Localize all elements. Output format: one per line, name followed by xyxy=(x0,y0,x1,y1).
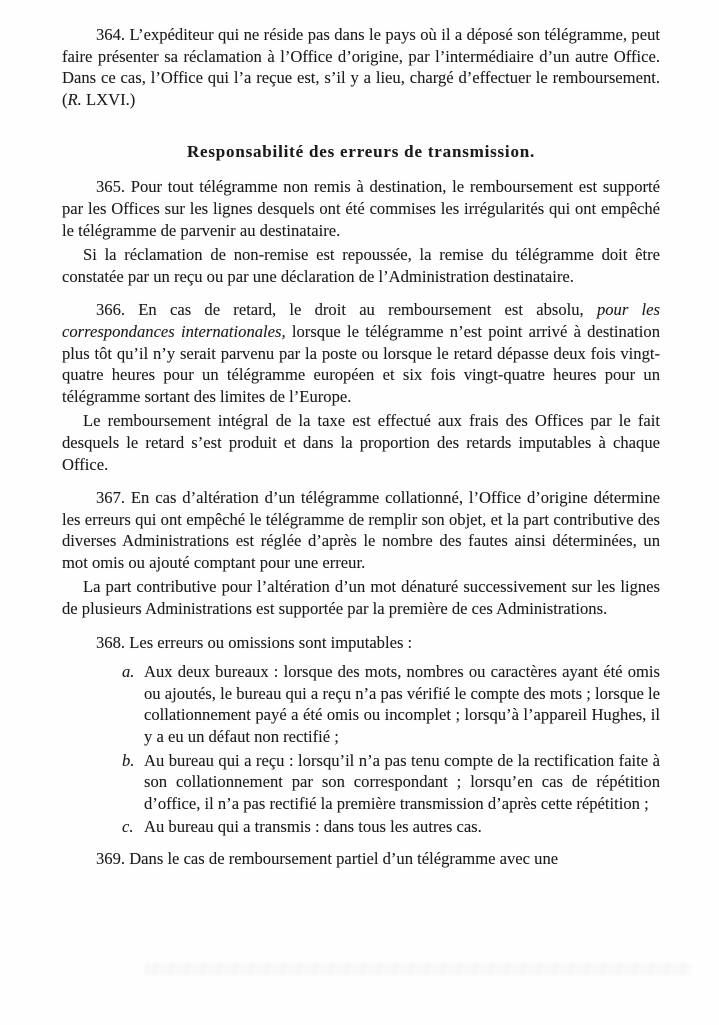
list-item-b-text: Au bureau qui a reçu : lorsqu’il n’a pas… xyxy=(144,751,660,813)
list-item-c-text: Au bureau qui a transmis : dans tous les… xyxy=(144,817,482,836)
paragraph-366-text-start: 366. En cas de retard, le droit au rembo… xyxy=(96,300,597,319)
list-item-c-marker: c. xyxy=(122,816,134,838)
paragraph-365-continuation: Si la réclamation de non-remise est repo… xyxy=(62,244,660,287)
paragraph-369: 369. Dans le cas de remboursement partie… xyxy=(62,848,660,870)
paragraph-367: 367. En cas d’altération d’un télégramme… xyxy=(62,487,660,573)
list-item-c: c. Au bureau qui a transmis : dans tous … xyxy=(62,816,660,838)
paragraph-364: 364. L’expéditeur qui ne réside pas dans… xyxy=(62,24,660,110)
paragraph-364-text: 364. L’expéditeur qui ne réside pas dans… xyxy=(62,25,660,109)
paragraph-364-reference-rest: LXVI.) xyxy=(82,90,135,109)
list-item-a: a. Aux deux bureaux : lorsque des mots, … xyxy=(62,661,660,747)
paragraph-366: 366. En cas de retard, le droit au rembo… xyxy=(62,299,660,407)
imputability-list: a. Aux deux bureaux : lorsque des mots, … xyxy=(62,661,660,838)
list-item-b-marker: b. xyxy=(122,750,134,772)
paragraph-367-continuation: La part contributive pour l’altération d… xyxy=(62,576,660,619)
text-column: 364. L’expéditeur qui ne réside pas dans… xyxy=(62,24,660,870)
section-heading: Responsabilité des erreurs de transmissi… xyxy=(62,140,660,164)
paragraph-365: 365. Pour tout télégramme non remis à de… xyxy=(62,176,660,241)
list-item-a-marker: a. xyxy=(122,661,134,683)
list-item-a-text: Aux deux bureaux : lorsque des mots, nom… xyxy=(144,662,660,746)
paragraph-366-continuation: Le remboursement intégral de la taxe est… xyxy=(62,410,660,475)
list-item-b: b. Au bureau qui a reçu : lorsqu’il n’a … xyxy=(62,750,660,815)
page-bleedthrough-artifact xyxy=(145,963,690,975)
scanned-book-page: 364. L’expéditeur qui ne réside pas dans… xyxy=(0,0,719,1025)
paragraph-368: 368. Les erreurs ou omissions sont imput… xyxy=(62,632,660,654)
paragraph-364-reference-italic: R. xyxy=(68,90,82,109)
